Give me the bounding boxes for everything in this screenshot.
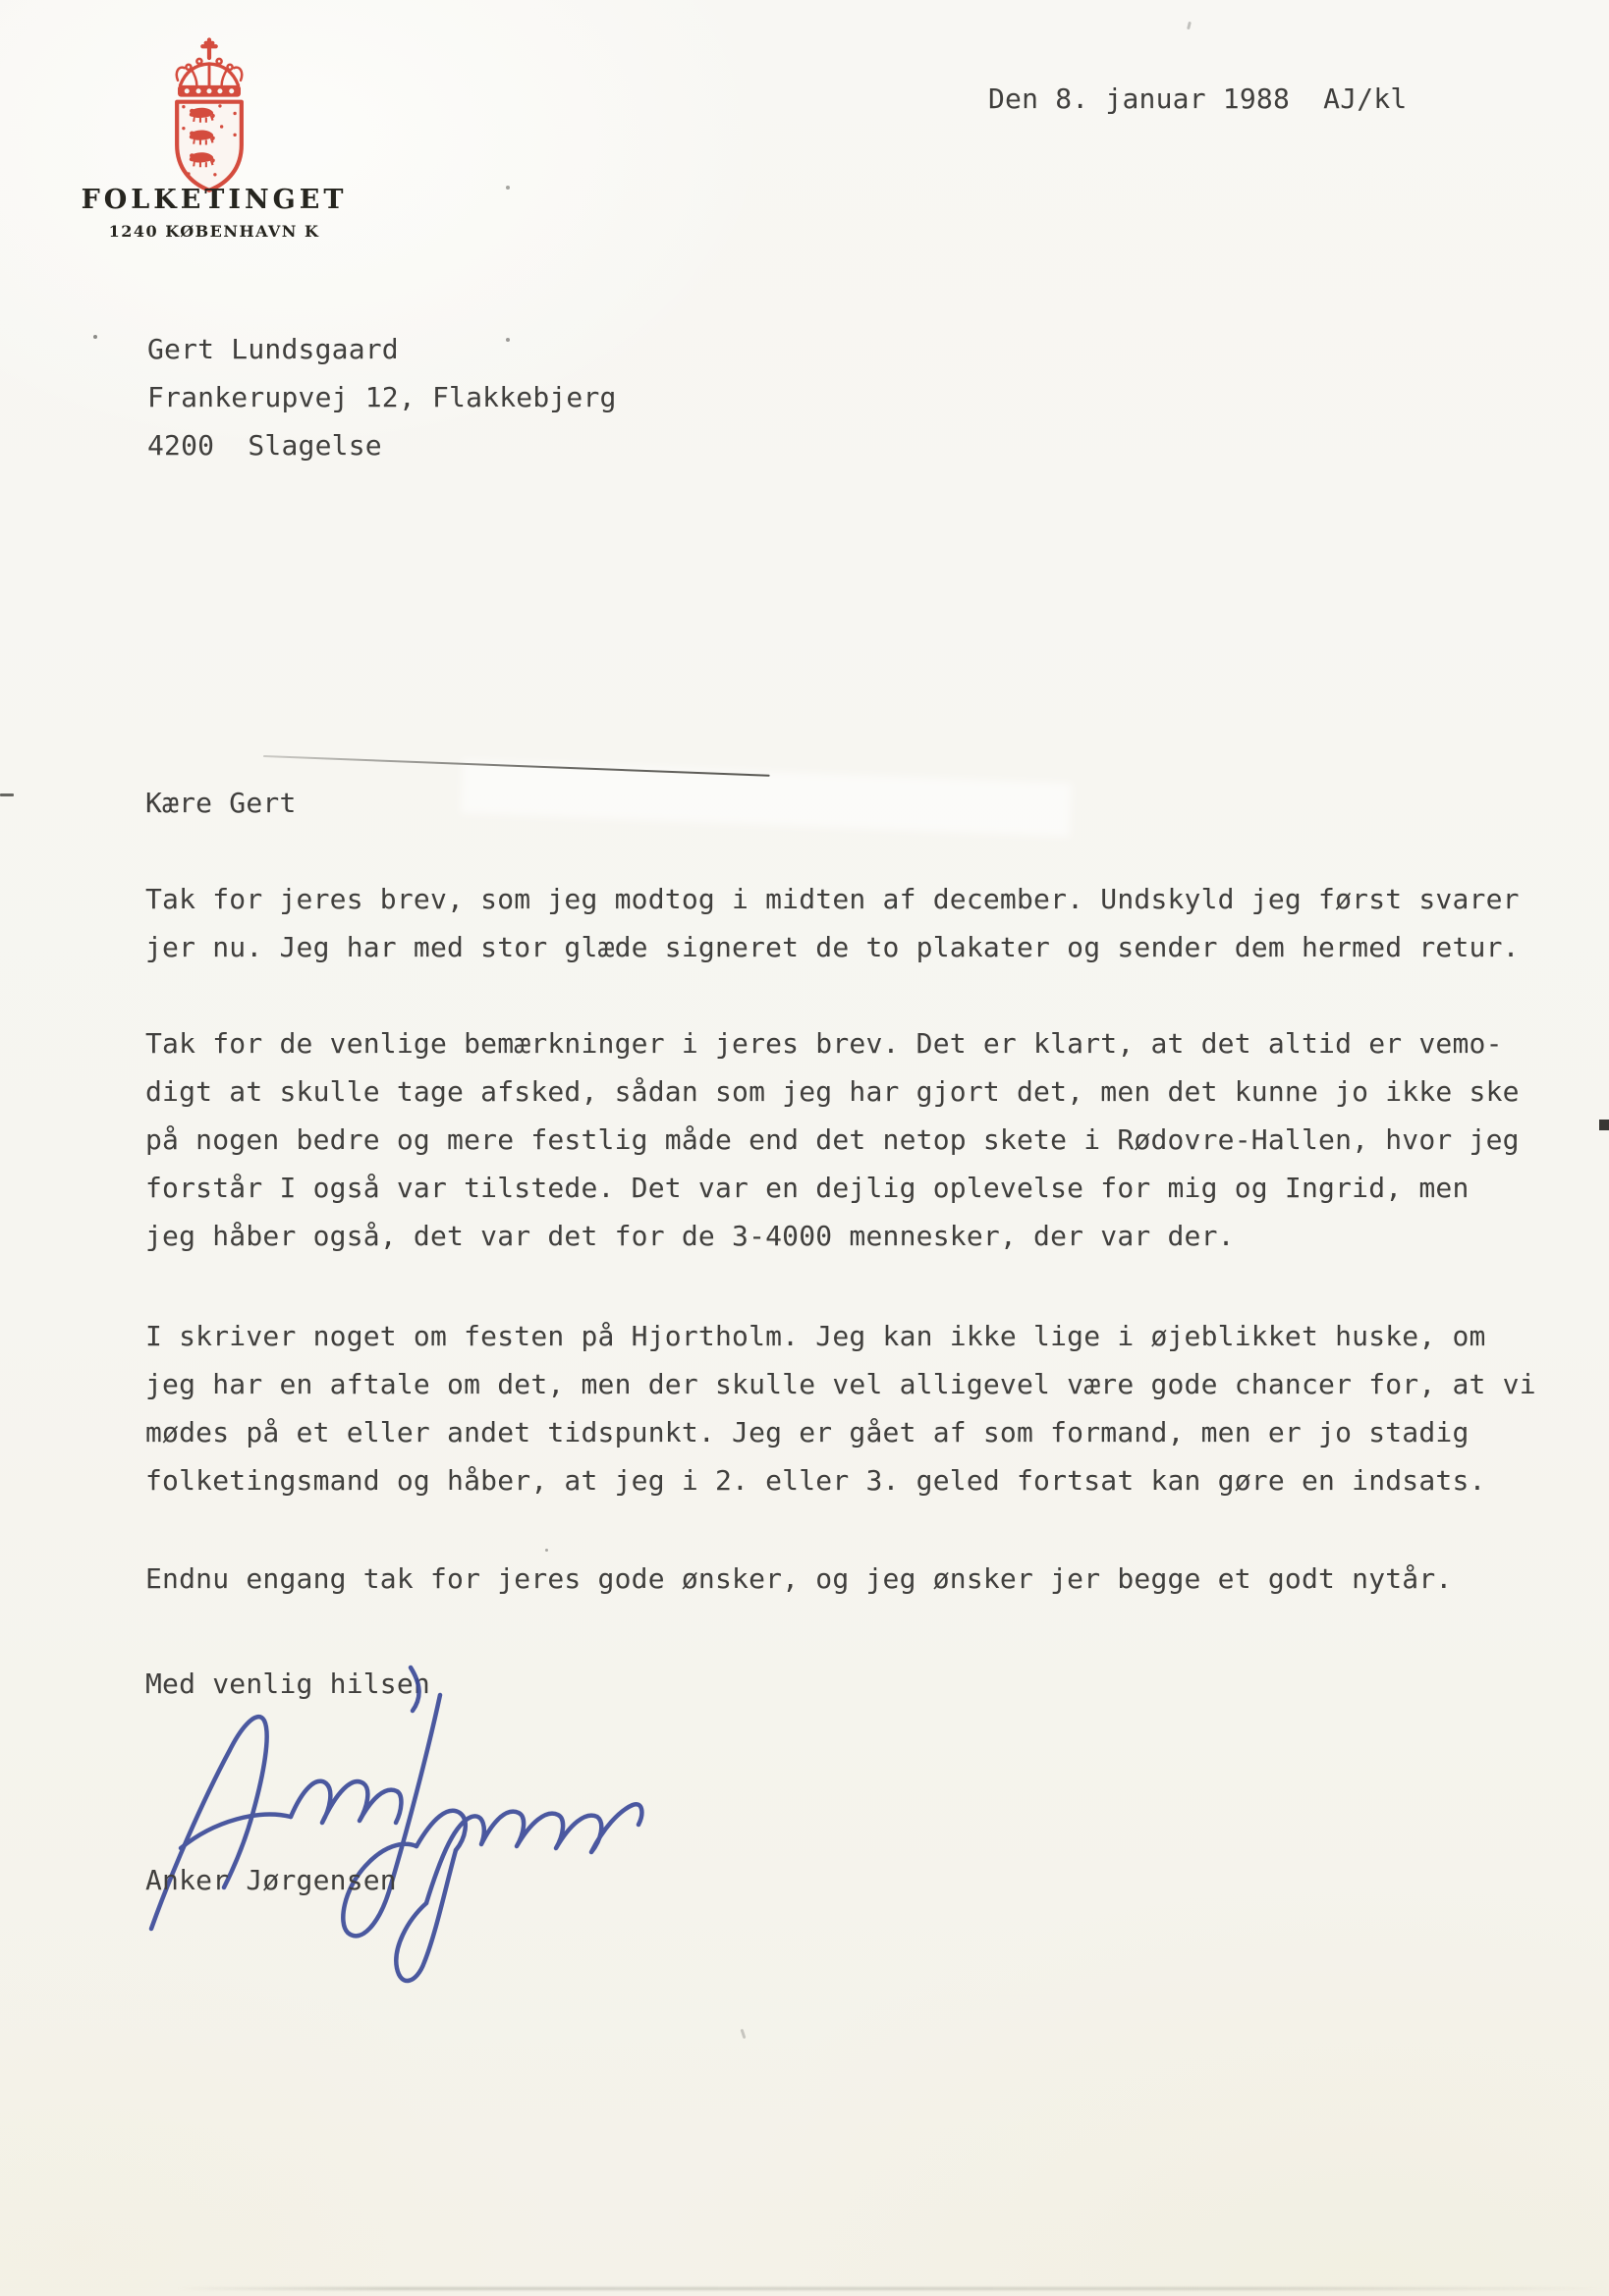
org-address: 1240 KØBENHAVN K: [57, 222, 371, 241]
paper-speck: [741, 2029, 747, 2039]
letter-page: FOLKETINGET 1240 KØBENHAVN K Den 8. janu…: [0, 0, 1609, 2296]
org-name: FOLKETINGET: [57, 185, 371, 215]
paper-speck: [93, 335, 97, 339]
paper-speck: [506, 186, 510, 190]
closing-salute: Med venlig hilsen: [145, 1660, 430, 1708]
margin-dash-mark: [0, 793, 14, 796]
paper-light-patch: [461, 760, 1072, 837]
letterhead: FOLKETINGET 1240 KØBENHAVN K: [57, 185, 371, 241]
dateline: Den 8. januar 1988 AJ/kl: [988, 75, 1407, 123]
paper-speck: [506, 338, 510, 342]
recipient-address: Gert Lundsgaard Frankerupvej 12, Flakkeb…: [147, 325, 617, 469]
paragraph-1: Tak for jeres brev, som jeg modtog i mid…: [145, 875, 1580, 971]
typed-signature-name: Anker Jørgensen: [145, 1856, 397, 1904]
paragraph-2: Tak for de venlige bemærkninger i jeres …: [145, 1019, 1580, 1260]
paper-speck: [545, 1549, 548, 1552]
paper-speck: [1187, 22, 1192, 29]
salutation: Kære Gert: [145, 779, 297, 827]
folketinget-crest-icon: [160, 37, 258, 194]
paragraph-4: Endnu engang tak for jeres gode ønsker, …: [145, 1555, 1580, 1603]
paper-bottom-edge-shadow: [177, 2287, 1609, 2290]
edge-dash-mark: [1599, 1120, 1609, 1130]
paragraph-3: I skriver noget om festen på Hjortholm. …: [145, 1312, 1580, 1504]
